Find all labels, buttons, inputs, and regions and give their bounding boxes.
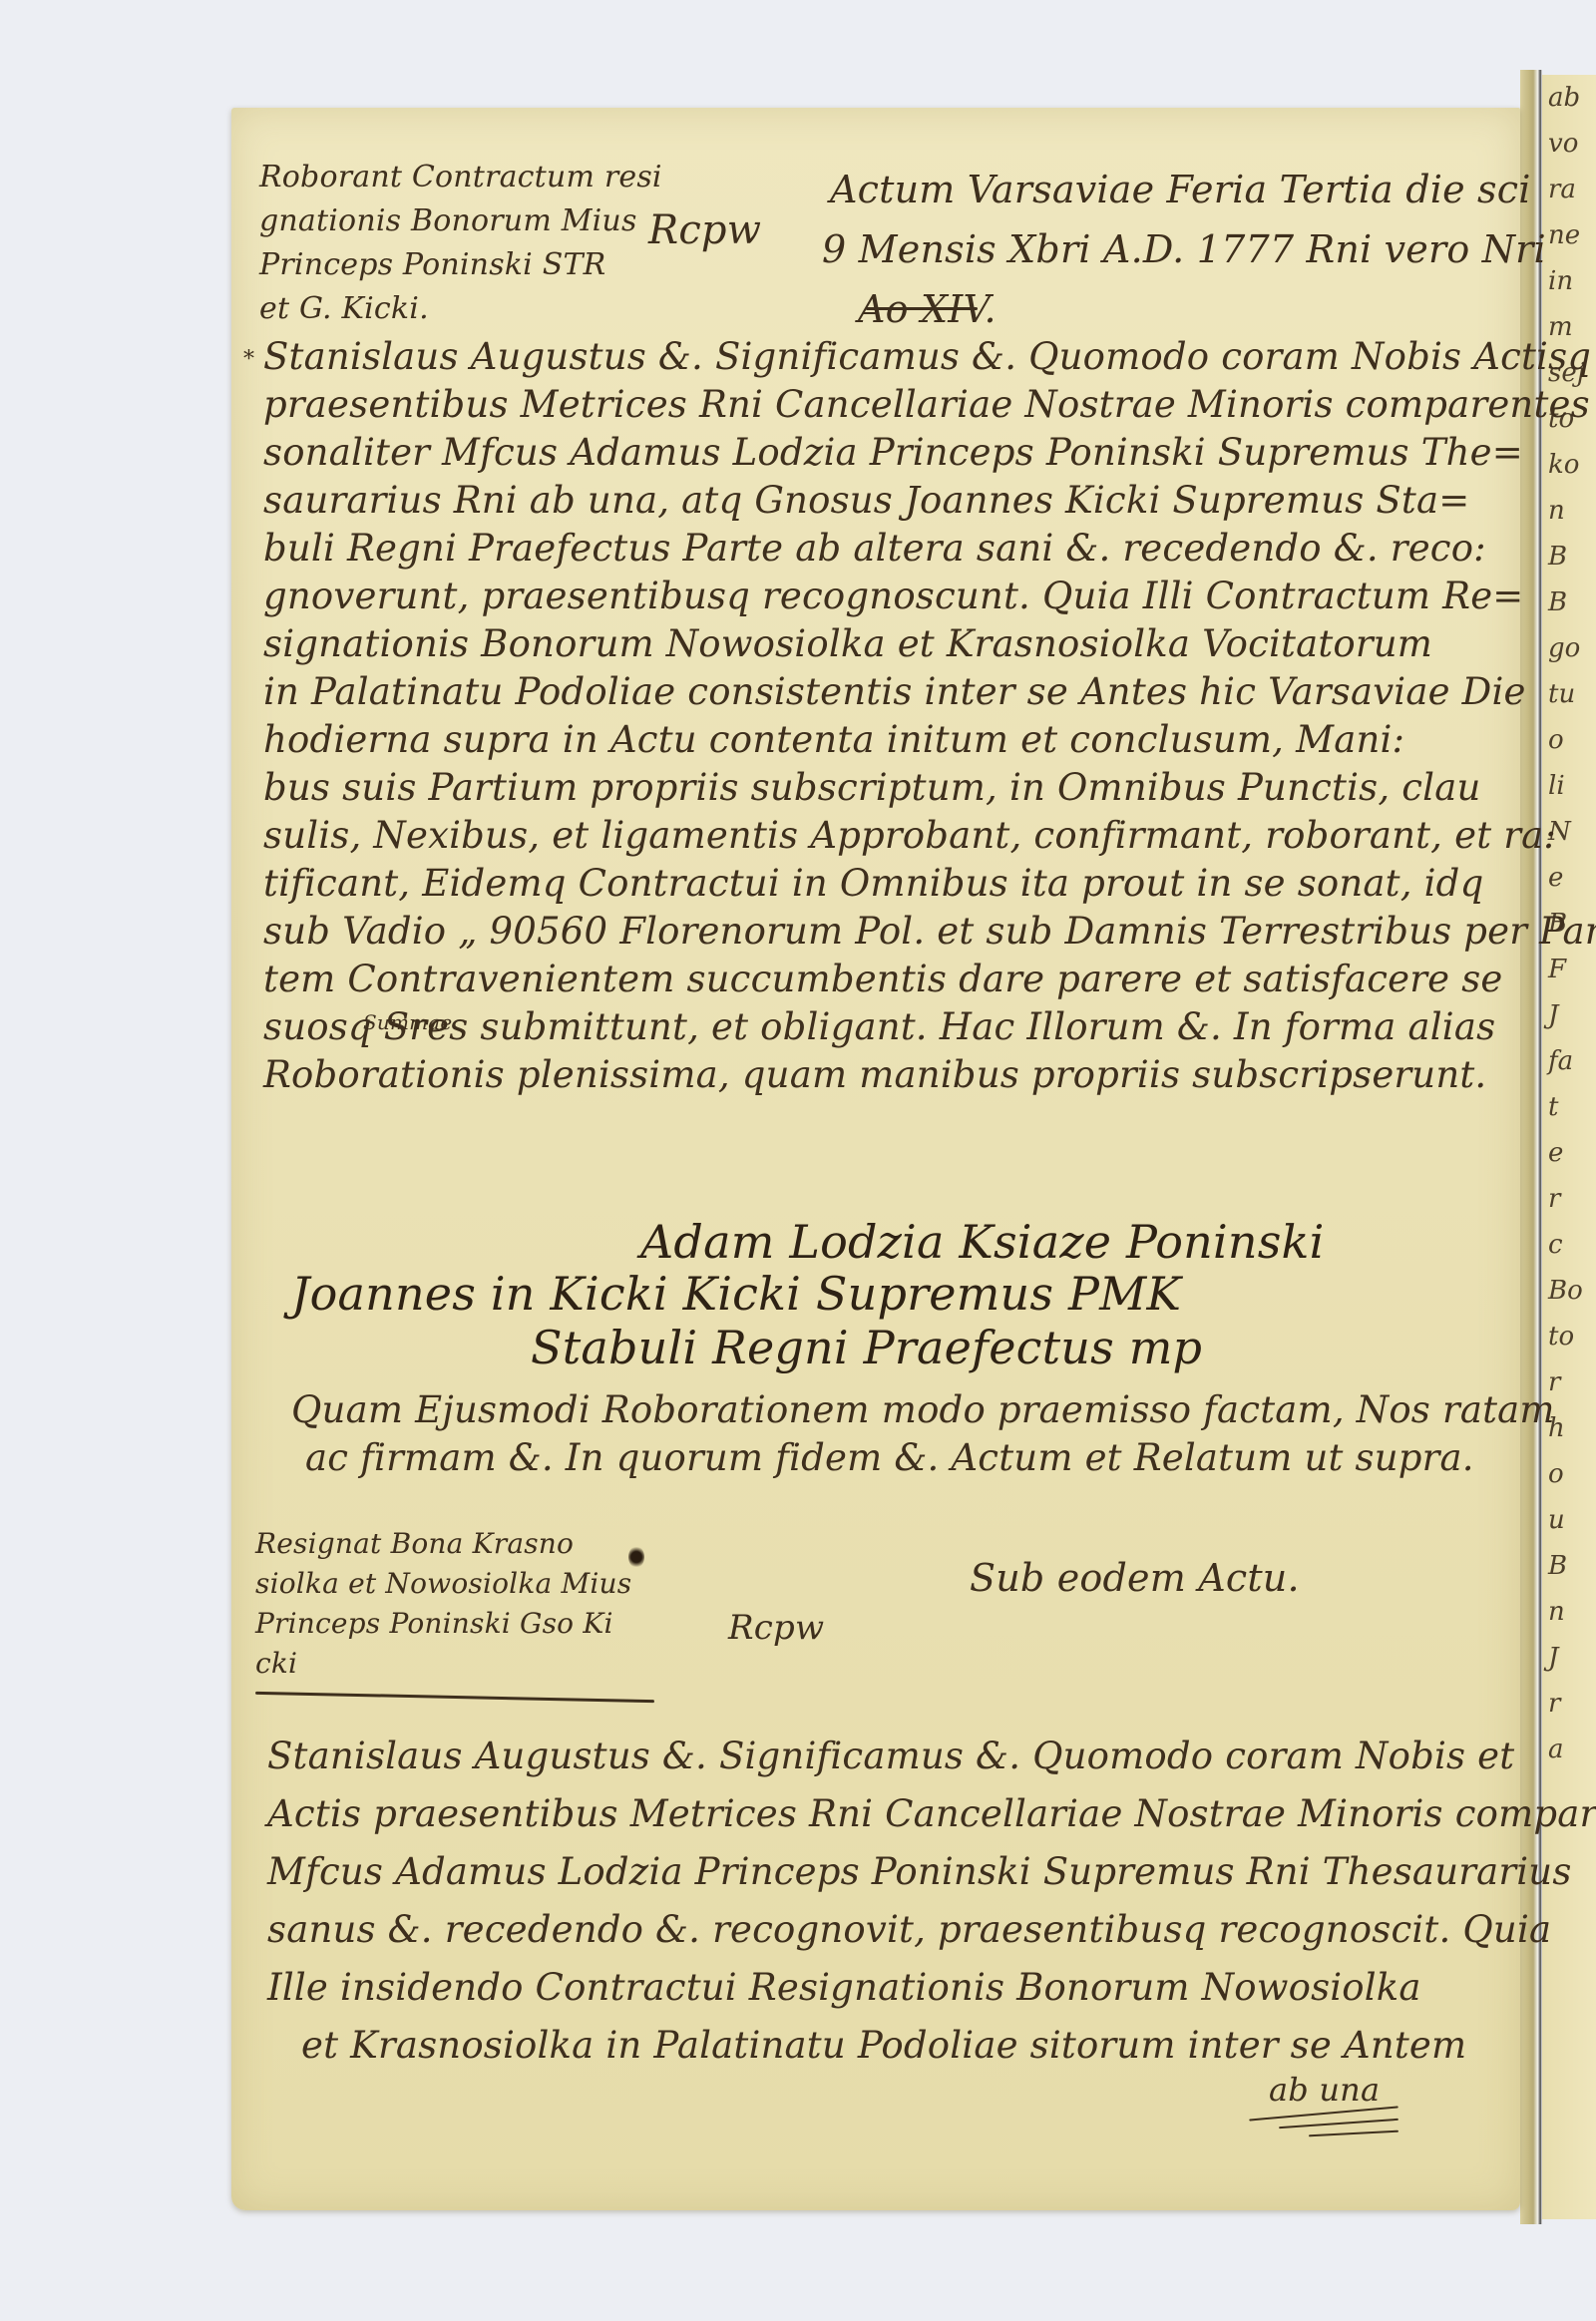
body-line: et Krasnosiolka in Palatinatu Podoliae s… bbox=[301, 2017, 1596, 2075]
facing-page-fragment: ne bbox=[1542, 212, 1596, 258]
facing-page-fragment: B bbox=[1542, 580, 1596, 625]
margin-note-entry-1: Roborant Contractum resi gnationis Bonor… bbox=[259, 156, 662, 331]
facing-page-fragment: to bbox=[1542, 1314, 1596, 1359]
header-underline bbox=[866, 307, 978, 310]
ink-blot bbox=[628, 1546, 644, 1568]
facing-page-fragment: go bbox=[1542, 625, 1596, 671]
facing-page-fragment: B bbox=[1542, 534, 1596, 580]
body-line: praesentibus Metrices Rni Cancellariae N… bbox=[263, 381, 1500, 429]
body-line: Stanislaus Augustus &. Significamus &. Q… bbox=[267, 1728, 1596, 1785]
body-line: hodierna supra in Actu contenta initum e… bbox=[263, 716, 1500, 764]
facing-page-fragment: vo bbox=[1542, 121, 1596, 167]
entry-2-header: Sub eodem Actu. bbox=[970, 1548, 1300, 1608]
registration-mark: Rcpw bbox=[648, 207, 761, 253]
body-line: sub Vadio „ 90560 Florenorum Pol. et sub… bbox=[263, 908, 1500, 956]
entry-1-closing: Quam Ejusmodi Roborationem modo praemiss… bbox=[291, 1386, 1555, 1482]
facing-page-fragment: n bbox=[1542, 488, 1596, 534]
margin-note-line: Princeps Poninski Gso Ki bbox=[255, 1604, 631, 1644]
facing-page-fragment: r bbox=[1542, 1681, 1596, 1727]
body-line: Roborationis plenissima, quam manibus pr… bbox=[263, 1051, 1500, 1099]
facing-page-fragment: n bbox=[1542, 1589, 1596, 1635]
registration-mark-2: Rcpw bbox=[728, 1608, 824, 1648]
body-line: buli Regni Praefectus Parte ab altera sa… bbox=[263, 525, 1500, 573]
body-line: signationis Bonorum Nowosiolka et Krasno… bbox=[263, 620, 1500, 668]
facing-page-fragment: e bbox=[1542, 1130, 1596, 1176]
entry-1-body: Stanislaus Augustus &. Significamus &. Q… bbox=[263, 333, 1500, 1099]
margin-note-line: Resignat Bona Krasno bbox=[255, 1524, 631, 1564]
closing-line: ac firmam &. In quorum fidem &. Actum et… bbox=[305, 1434, 1555, 1482]
margin-note-line: gnationis Bonorum Mius bbox=[259, 199, 662, 243]
header-line: Actum Varsaviae Feria Tertia die sci bbox=[830, 160, 1546, 219]
facing-page-fragment: J bbox=[1542, 992, 1596, 1038]
facing-page-fragment: t bbox=[1542, 1084, 1596, 1130]
catchword: ab una bbox=[1269, 2071, 1380, 2109]
facing-page-fragment: e bbox=[1542, 855, 1596, 901]
body-line: sulis, Nexibus, et ligamentis Approbant,… bbox=[263, 812, 1500, 860]
body-line: tem Contravenientem succumbentis dare pa… bbox=[263, 956, 1500, 1003]
facing-page-fragment: u bbox=[1542, 1497, 1596, 1543]
facing-page-fragment: li bbox=[1542, 763, 1596, 809]
signature-kicki: Joannes in Kicki Kicki Supremus PMK bbox=[291, 1265, 1181, 1323]
body-line: sonaliter Mfcus Adamus Lodzia Princeps P… bbox=[263, 429, 1500, 477]
facing-page-fragment: tu bbox=[1542, 671, 1596, 717]
entry-2-body: Stanislaus Augustus &. Significamus &. Q… bbox=[267, 1728, 1596, 2075]
closing-line: Quam Ejusmodi Roborationem modo praemiss… bbox=[291, 1386, 1555, 1434]
facing-page-fragment: F bbox=[1542, 947, 1596, 992]
catchword-flourish bbox=[1309, 2130, 1398, 2137]
margin-note-line: Princeps Poninski STR bbox=[259, 243, 662, 287]
facing-page-fragment: ko bbox=[1542, 442, 1596, 488]
signature-poninski: Adam Lodzia Ksiaze Poninski bbox=[640, 1213, 1325, 1271]
facing-page-fragment: J bbox=[1542, 1635, 1596, 1681]
margin-note-line: siolka et Nowosiolka Mius bbox=[255, 1564, 631, 1604]
margin-note-entry-2: Resignat Bona Krasno siolka et Nowosiolk… bbox=[255, 1524, 631, 1684]
body-line: bus suis Partium propriis subscriptum, i… bbox=[263, 764, 1500, 812]
body-line: in Palatinatu Podoliae consistentis inte… bbox=[263, 668, 1500, 716]
body-line: Actis praesentibus Metrices Rni Cancella… bbox=[267, 1785, 1596, 1843]
facing-page-fragment: Bo bbox=[1542, 1268, 1596, 1314]
body-line: Ille insidendo Contractui Resignationis … bbox=[267, 1959, 1596, 2017]
margin-note-line: cki bbox=[255, 1644, 631, 1684]
asterisk-mark: * bbox=[243, 347, 254, 372]
body-line: sanus &. recedendo &. recognovit, praese… bbox=[267, 1901, 1596, 1959]
margin-note-line: et G. Kicki. bbox=[259, 287, 662, 331]
header-line: 9 Mensis Xbri A.D. 1777 Rni vero Nri bbox=[822, 219, 1546, 279]
body-line: gnoverunt, praesentibusq recognoscunt. Q… bbox=[263, 573, 1500, 620]
facing-page-fragment: B bbox=[1542, 1543, 1596, 1589]
body-line: Stanislaus Augustus &. Significamus &. Q… bbox=[263, 333, 1500, 381]
signature-kicki-title: Stabuli Regni Praefectus mp bbox=[531, 1319, 1202, 1376]
entry-1-header: Actum Varsaviae Feria Tertia die sci 9 M… bbox=[830, 160, 1546, 339]
margin-note-line: Roborant Contractum resi bbox=[259, 156, 662, 199]
facing-page-fragment: fa bbox=[1542, 1038, 1596, 1084]
facing-page-fragment: ab bbox=[1542, 75, 1596, 121]
body-line: saurarius Rni ab una, atq Gnosus Joannes… bbox=[263, 477, 1500, 525]
facing-page-fragment: in bbox=[1542, 258, 1596, 304]
facing-page-fragment: ra bbox=[1542, 167, 1596, 212]
facing-page-fragment: r bbox=[1542, 1176, 1596, 1222]
body-line: Mfcus Adamus Lodzia Princeps Poninski Su… bbox=[267, 1843, 1596, 1901]
section-divider bbox=[255, 1692, 654, 1703]
body-line: tificant, Eidemq Contractui in Omnibus i… bbox=[263, 860, 1500, 908]
catchword-flourish bbox=[1279, 2119, 1398, 2128]
facing-page-fragment: c bbox=[1542, 1222, 1596, 1268]
manuscript-page: Roborant Contractum resi gnationis Bonor… bbox=[231, 108, 1520, 2210]
superscript-note: Summae bbox=[363, 1010, 452, 1034]
facing-page-fragment: o bbox=[1542, 717, 1596, 763]
